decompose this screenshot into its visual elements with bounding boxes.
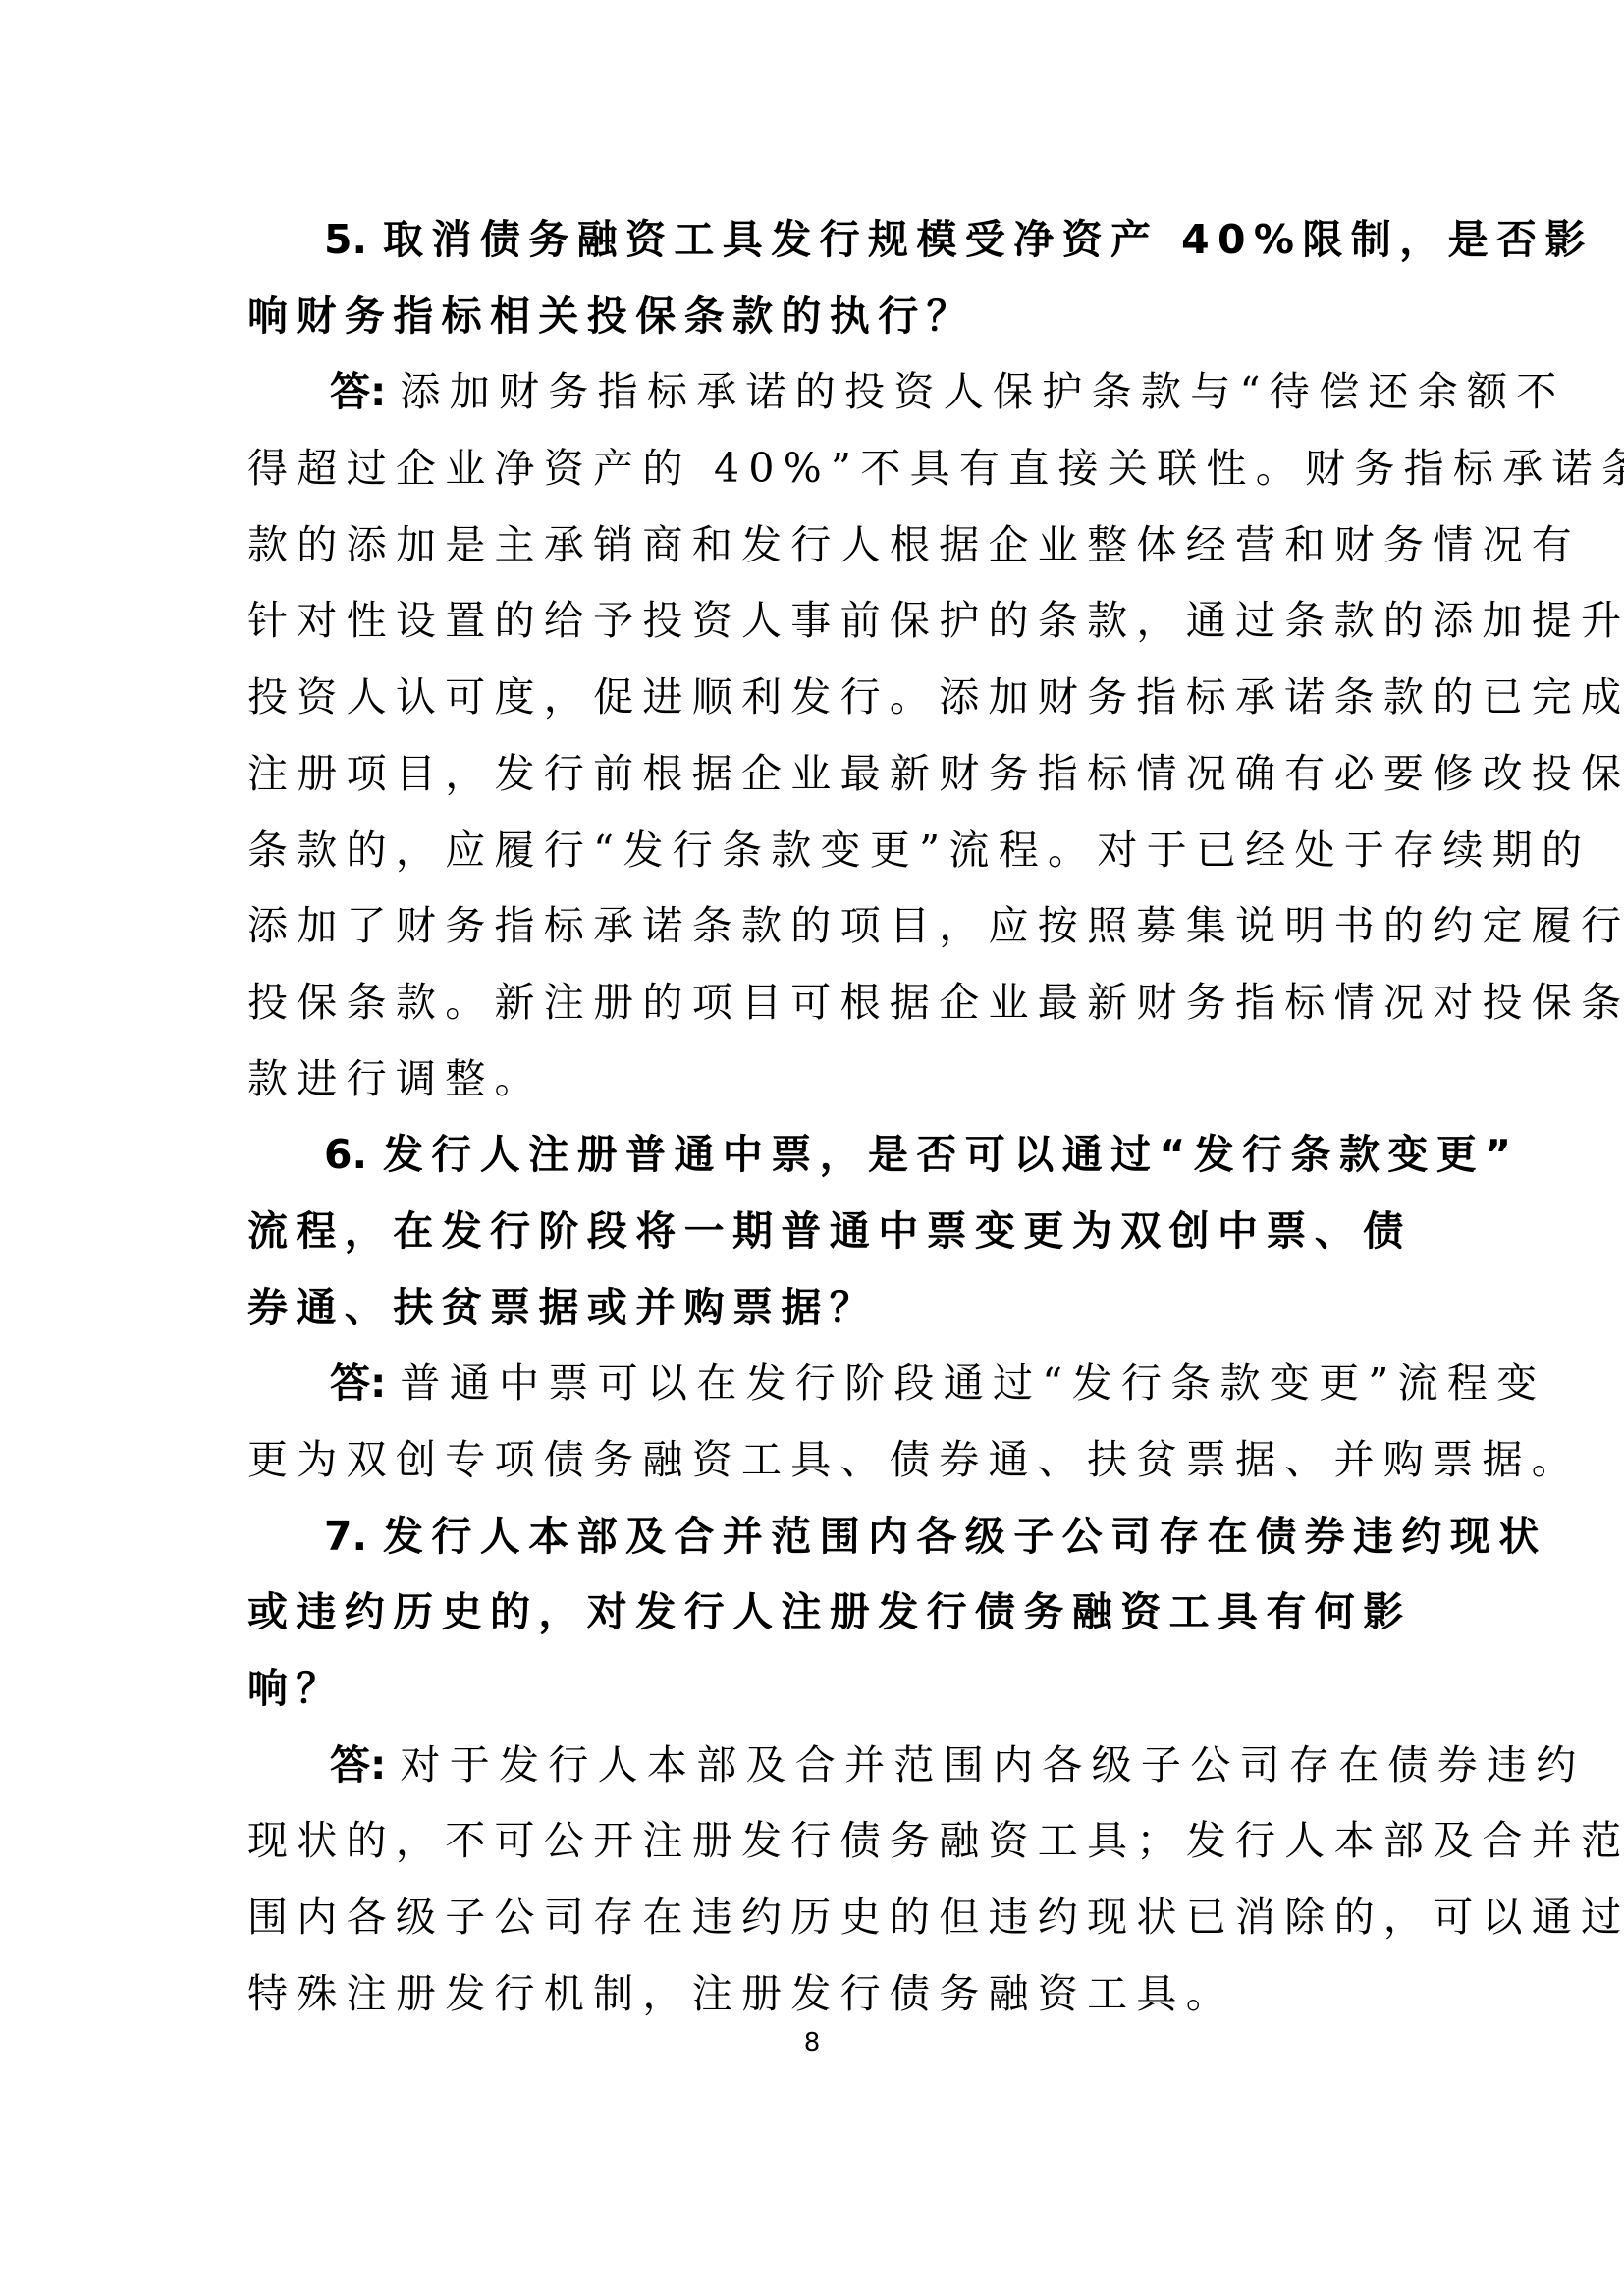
answer-text-line: 围内各级子公司存在违约历史的但违约现状已消除的，可以通过: [247, 1880, 1377, 1956]
answer-text-line: 条款的，应履行“发行条款变更”流程。对于已经处于存续期的: [247, 813, 1377, 889]
answer-text-line: 现状的，不可公开注册发行债务融资工具；发行人本部及合并范: [247, 1803, 1377, 1880]
qa-section-7: 7.发行人本部及合并范围内各级子公司存在债券违约现状 或违约历史的，对发行人注册…: [247, 1499, 1377, 2033]
question-heading: 6.发行人注册普通中票，是否可以通过“发行条款变更”: [247, 1117, 1377, 1194]
answer-label: 答:: [330, 1741, 386, 1789]
question-number: 7.: [324, 1499, 383, 1575]
answer-label: 答:: [330, 368, 386, 415]
answer-first-line: 答:普通中票可以在发行阶段通过“发行条款变更”流程变: [247, 1346, 1377, 1422]
answer-text-line: 款的添加是主承销商和发行人根据企业整体经营和财务情况有: [247, 507, 1377, 584]
page-number: 8: [0, 2028, 1624, 2057]
answer-text-line: 投资人认可度，促进顺利发行。添加财务指标承诺条款的已完成: [247, 660, 1377, 736]
answer-text-line: 添加财务指标承诺的投资人保护条款与“待偿还余额不: [400, 368, 1565, 415]
question-text-line: 取消债务融资工具发行规模受净资产 40%限制，是否影: [383, 216, 1594, 263]
answer-text-line: 普通中票可以在发行阶段通过“发行条款变更”流程变: [400, 1360, 1545, 1407]
answer-text-line: 对于发行人本部及合并范围内各级子公司存在债券违约: [400, 1741, 1585, 1789]
answer-first-line: 答:对于发行人本部及合并范围内各级子公司存在债券违约: [247, 1728, 1377, 1804]
question-text-line: 流程，在发行阶段将一期普通中票变更为双创中票、债: [247, 1194, 1377, 1270]
question-number: 6.: [324, 1117, 383, 1194]
question-text-line: 响财务指标相关投保条款的执行？: [247, 279, 1377, 355]
question-text-line: 发行人注册普通中票，是否可以通过“发行条款变更”: [383, 1131, 1520, 1178]
answer-text-line: 注册项目，发行前根据企业最新财务指标情况确有必要修改投保: [247, 736, 1377, 813]
question-text-line: 发行人本部及合并范围内各级子公司存在债券违约现状: [383, 1513, 1547, 1560]
question-number: 5.: [324, 202, 383, 279]
answer-text-line: 更为双创专项债务融资工具、债券通、扶贫票据、并购票据。: [247, 1422, 1377, 1499]
qa-section-6: 6.发行人注册普通中票，是否可以通过“发行条款变更” 流程，在发行阶段将一期普通…: [247, 1117, 1377, 1498]
answer-text-line: 针对性设置的给予投资人事前保护的条款，通过条款的添加提升: [247, 583, 1377, 660]
answer-text-line: 得超过企业净资产的 40%”不具有直接关联性。财务指标承诺条: [247, 431, 1377, 507]
document-page: 5.取消债务融资工具发行规模受净资产 40%限制，是否影 响财务指标相关投保条款…: [0, 0, 1624, 2296]
question-text-line: 响？: [247, 1651, 1377, 1728]
question-text-line: 或违约历史的，对发行人注册发行债务融资工具有何影: [247, 1575, 1377, 1651]
answer-text-line: 投保条款。新注册的项目可根据企业最新财务指标情况对投保条: [247, 965, 1377, 1041]
answer-first-line: 答:添加财务指标承诺的投资人保护条款与“待偿还余额不: [247, 354, 1377, 431]
question-text-line: 券通、扶贫票据或并购票据？: [247, 1270, 1377, 1347]
question-heading: 7.发行人本部及合并范围内各级子公司存在债券违约现状: [247, 1499, 1377, 1575]
answer-label: 答:: [330, 1360, 386, 1407]
question-heading: 5.取消债务融资工具发行规模受净资产 40%限制，是否影: [247, 202, 1377, 279]
qa-section-5: 5.取消债务融资工具发行规模受净资产 40%限制，是否影 响财务指标相关投保条款…: [247, 202, 1377, 1117]
answer-text-line: 添加了财务指标承诺条款的项目，应按照募集说明书的约定履行: [247, 888, 1377, 965]
page-content: 5.取消债务融资工具发行规模受净资产 40%限制，是否影 响财务指标相关投保条款…: [247, 202, 1377, 2033]
answer-text-line: 款进行调整。: [247, 1041, 1377, 1118]
answer-text-line: 特殊注册发行机制，注册发行债务融资工具。: [247, 1956, 1377, 2033]
